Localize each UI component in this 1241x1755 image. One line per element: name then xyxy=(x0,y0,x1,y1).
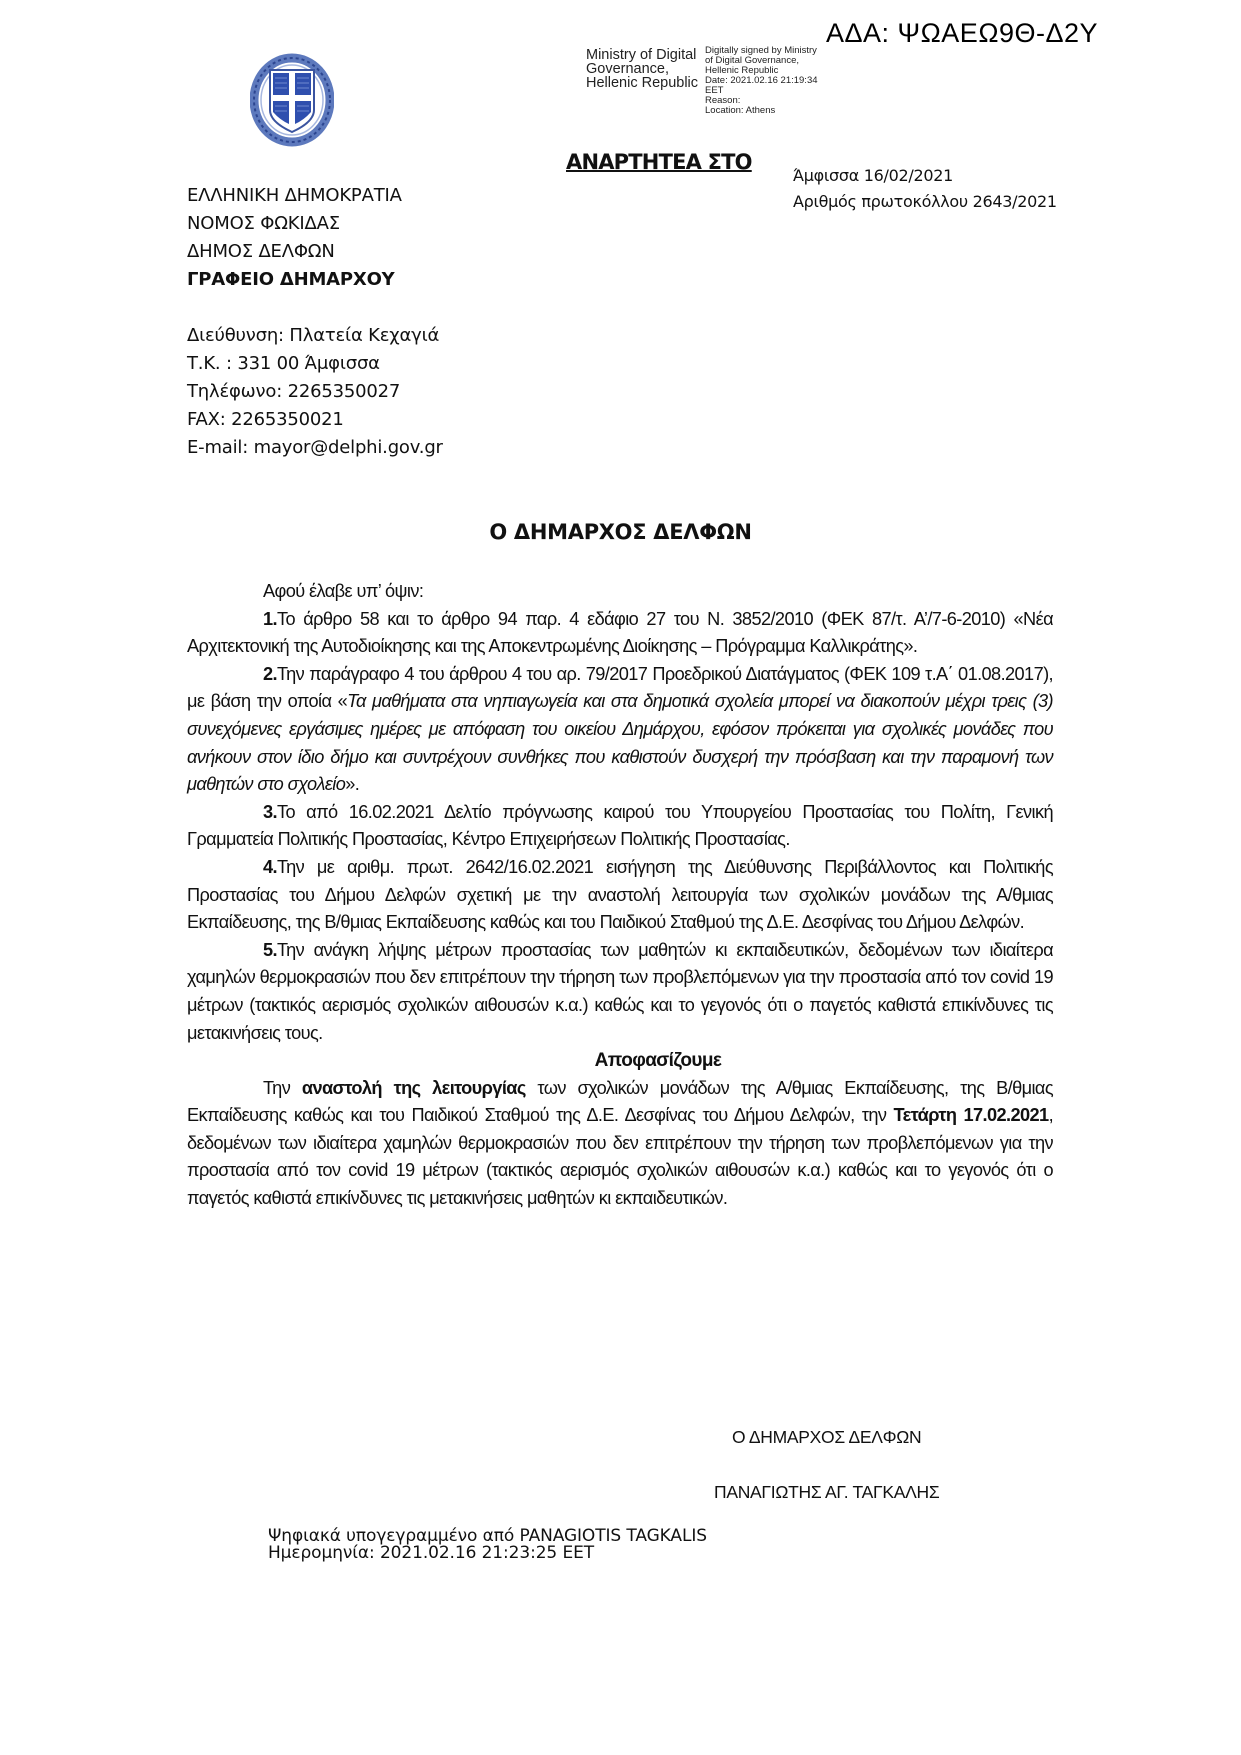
issuer-block: ΕΛΛΗΝΙΚΗ ΔΗΜΟΚΡΑΤΙΑ ΝΟΜΟΣ ΦΩΚΙΔΑΣ ΔΗΜΟΣ … xyxy=(187,182,443,462)
signer-line: Governance, xyxy=(586,62,698,76)
signatory-title: Ο ΔΗΜΑΡΧΟΣ ΔΕΛΦΩΝ xyxy=(732,1427,921,1448)
decision-emphasis: αναστολή της λειτουργίας xyxy=(302,1078,526,1098)
decision-part: Την xyxy=(263,1078,302,1098)
issuer-email: E-mail: mayor@delphi.gov.gr xyxy=(187,434,443,462)
item-text: Την με αριθμ. πρωτ. 2642/16.02.2021 εισή… xyxy=(187,857,1053,932)
consideration-item: 2.Την παράγραφο 4 του άρθρου 4 του αρ. 7… xyxy=(187,661,1053,799)
consideration-item: 5.Την ανάγκη λήψης μέτρων προστασίας των… xyxy=(187,937,1053,1047)
signer-line: Hellenic Republic xyxy=(586,76,698,90)
item-text-end: ». xyxy=(345,774,359,794)
spacer xyxy=(187,294,443,322)
digital-signature-stamp: Ψηφιακά υπογεγραμμένο από PANAGIOTIS TAG… xyxy=(268,1528,707,1562)
document-title: Ο ΔΗΜΑΡΧΟΣ ΔΕΛΦΩΝ xyxy=(0,520,1241,544)
decision-heading: Αποφασίζουμε xyxy=(263,1047,1053,1075)
signatory-name: ΠΑΝΑΓΙΩΤΗΣ ΑΓ. ΤΑΓΚΑΛΗΣ xyxy=(714,1482,939,1503)
item-text: Το άρθρο 58 και το άρθρο 94 παρ. 4 εδάφι… xyxy=(187,609,1053,657)
item-number: 1. xyxy=(263,609,277,629)
item-number: 3. xyxy=(263,802,277,822)
protocol-number: Αριθμός πρωτοκόλλου 2643/2021 xyxy=(793,192,1057,211)
issuer-fax: FAX: 2265350021 xyxy=(187,406,443,434)
item-number: 4. xyxy=(263,857,277,877)
issuer-postal-code: Τ.Κ. : 331 00 Άμφισσα xyxy=(187,350,443,378)
item-number: 5. xyxy=(263,940,277,960)
place-date: Άμφισσα 16/02/2021 xyxy=(793,166,953,185)
digital-signature-details: Digitally signed by Ministry of Digital … xyxy=(705,46,818,116)
item-text: Την ανάγκη λήψης μέτρων προστασίας των μ… xyxy=(187,940,1053,1043)
decision-text: Την αναστολή της λειτουργίας των σχολικώ… xyxy=(187,1075,1053,1213)
digital-signature-signer: Ministry of Digital Governance, Hellenic… xyxy=(586,48,698,90)
issuer-line: ΝΟΜΟΣ ΦΩΚΙΔΑΣ xyxy=(187,210,443,238)
issuer-line: ΔΗΜΟΣ ΔΕΛΦΩΝ xyxy=(187,238,443,266)
consideration-item: 3.Το από 16.02.2021 Δελτίο πρόγνωσης και… xyxy=(187,799,1053,854)
issuer-office: ΓΡΑΦΕΙΟ ΔΗΜΑΡΧΟΥ xyxy=(187,266,443,294)
item-number: 2. xyxy=(263,664,277,684)
signature-detail-line: Location: Athens xyxy=(705,106,818,116)
document-body: Αφού έλαβε υπ’ όψιν: 1.Το άρθρο 58 και τ… xyxy=(187,578,1053,1213)
consideration-item: 1.Το άρθρο 58 και το άρθρο 94 παρ. 4 εδά… xyxy=(187,606,1053,661)
item-text: Το από 16.02.2021 Δελτίο πρόγνωσης καιρο… xyxy=(187,802,1053,850)
considerations-intro: Αφού έλαβε υπ’ όψιν: xyxy=(187,578,1053,606)
greek-coat-of-arms-icon xyxy=(250,48,334,148)
decision-date: Τετάρτη 17.02.2021 xyxy=(893,1105,1048,1125)
issuer-phone: Τηλέφωνο: 2265350027 xyxy=(187,378,443,406)
signer-line: Ministry of Digital xyxy=(586,48,698,62)
issuer-address: Διεύθυνση: Πλατεία Κεχαγιά xyxy=(187,322,443,350)
consideration-item: 4.Την με αριθμ. πρωτ. 2642/16.02.2021 ει… xyxy=(187,854,1053,937)
issuer-line: ΕΛΛΗΝΙΚΗ ΔΗΜΟΚΡΑΤΙΑ xyxy=(187,182,443,210)
ada-code: ΑΔΑ: ΨΩΑΕΩ9Θ-Δ2Υ xyxy=(826,18,1098,49)
digital-signature-date: Ημερομηνία: 2021.02.16 21:23:25 EET xyxy=(268,1545,707,1562)
